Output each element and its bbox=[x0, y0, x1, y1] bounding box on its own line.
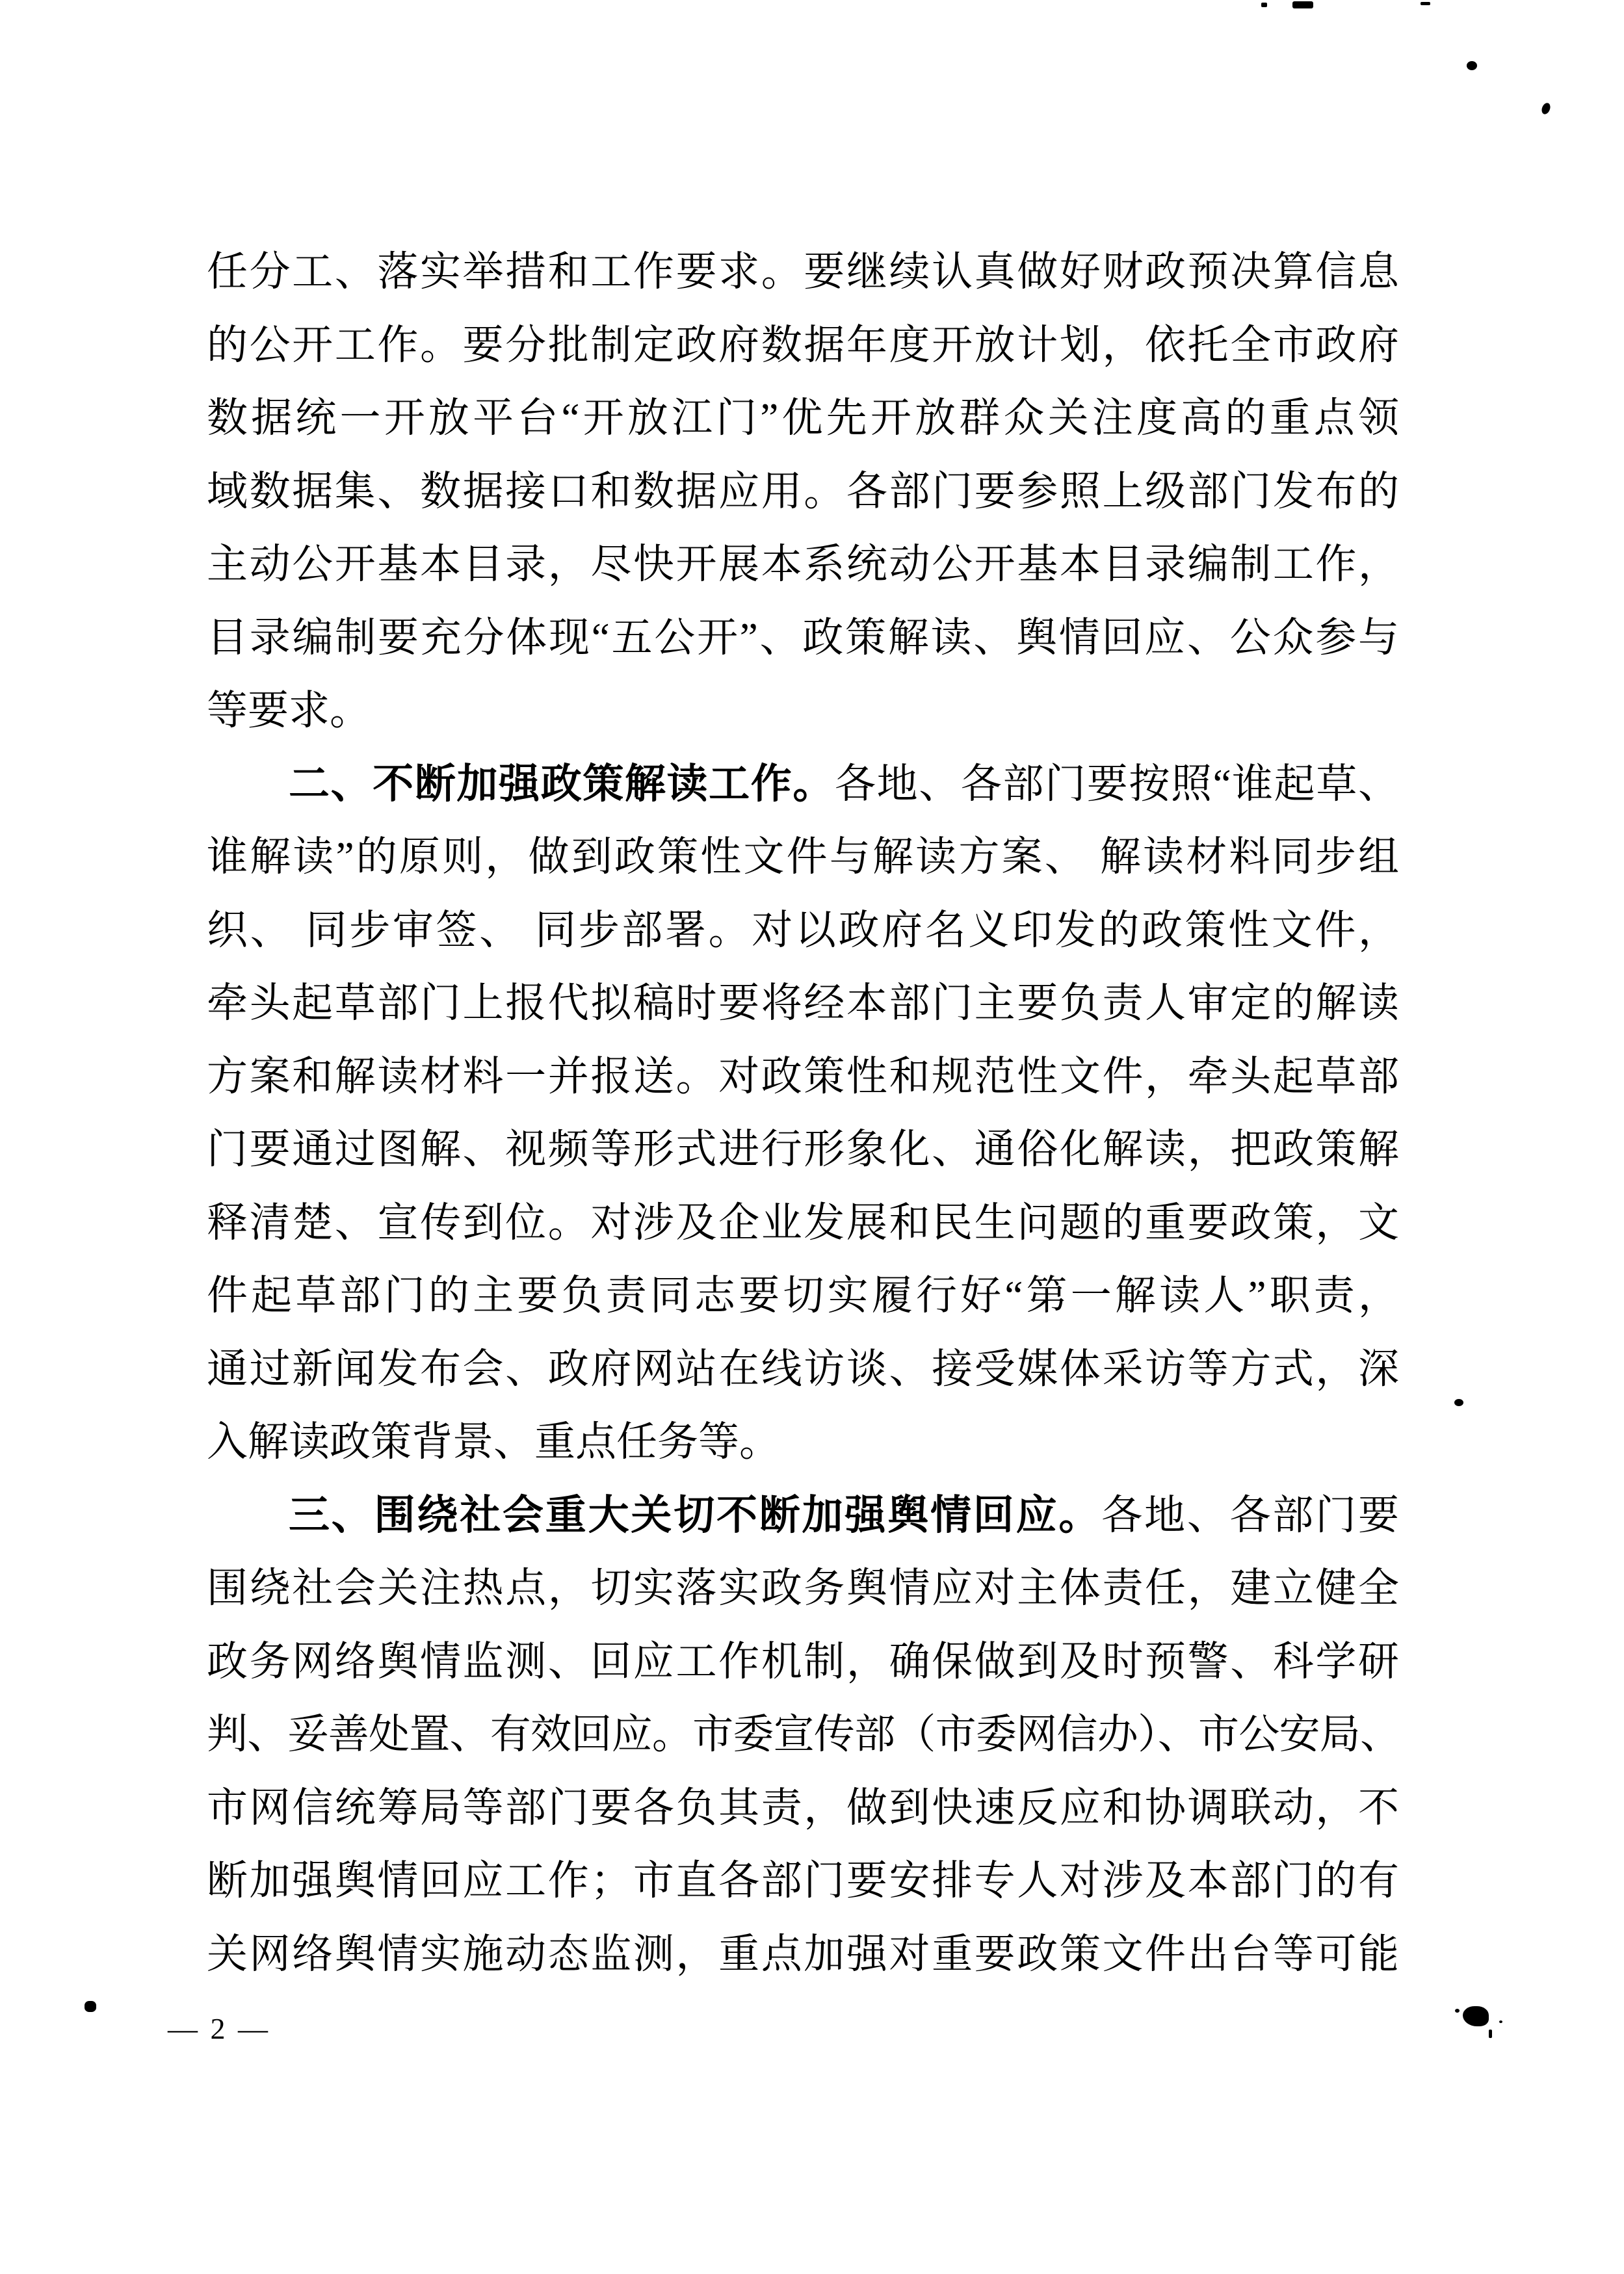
body-line-text: 释清楚、宣传到位。对涉及企业发展和民生问题的重要政策，文 bbox=[207, 1200, 1399, 1246]
scan-speck bbox=[1261, 3, 1267, 7]
body-line: 围绕社会关注热点，切实落实政务舆情应对主体责任，建立健全 bbox=[207, 1552, 1399, 1625]
body-line-text: 市网信统筹局等部门要各负其责，做到快速反应和协调联动，不 bbox=[207, 1785, 1399, 1831]
body-line: 入解读政策背景、重点任务等。 bbox=[207, 1405, 1399, 1479]
body-line-text: 织、 同步审签、 同步部署。对以政府名义印发的政策性文件， bbox=[207, 908, 1399, 953]
body-line-text: 方案和解读材料一并报送。对政策性和规范性文件，牵头起草部 bbox=[207, 1054, 1399, 1099]
body-line-text: 断加强舆情回应工作；市直各部门要安排专人对涉及本部门的有 bbox=[207, 1858, 1399, 1903]
body-line: 市网信统筹局等部门要各负其责，做到快速反应和协调联动，不 bbox=[207, 1771, 1399, 1845]
body-line: 判、妥善处置、有效回应。市委宣传部（市委网信办）、市公安局、 bbox=[207, 1698, 1399, 1771]
ink-blot bbox=[1463, 2006, 1489, 2026]
body-line: 目录编制要充分体现“五公开”、政策解读、舆情回应、公众参与 bbox=[207, 601, 1399, 675]
body-text-block: 任分工、落实举措和工作要求。要继续认真做好财政预决算信息 的公开工作。要分批制定… bbox=[207, 235, 1399, 1991]
body-line: 门要通过图解、视频等形式进行形象化、通俗化解读，把政策解 bbox=[207, 1113, 1399, 1186]
body-line: 牵头起草部门上报代拟稿时要将经本部门主要负责人审定的解读 bbox=[207, 967, 1399, 1040]
body-line: 政务网络舆情监测、回应工作机制，确保做到及时预警、科学研 bbox=[207, 1625, 1399, 1699]
body-line: 件起草部门的主要负责同志要切实履行好“第一解读人”职责， bbox=[207, 1259, 1399, 1333]
ink-dot bbox=[1467, 61, 1477, 70]
body-line-text: 谁解读”的原则，做到政策性文件与解读方案、 解读材料同步组 bbox=[207, 834, 1399, 880]
body-line: 谁解读”的原则，做到政策性文件与解读方案、 解读材料同步组 bbox=[207, 820, 1399, 894]
ink-dot bbox=[1454, 1399, 1463, 1406]
body-line-text: 各地、各部门要按照“谁起草、 bbox=[835, 761, 1399, 807]
body-line-text: 各地、各部门要 bbox=[1101, 1493, 1399, 1538]
body-line-text: 入解读政策背景、重点任务等。 bbox=[207, 1419, 780, 1465]
body-line-text: 政务网络舆情监测、回应工作机制，确保做到及时预警、科学研 bbox=[207, 1639, 1399, 1684]
body-line-text: 关网络舆情实施动态监测，重点加强对重要政策文件出台等可能 bbox=[207, 1931, 1399, 1977]
body-line: 方案和解读材料一并报送。对政策性和规范性文件，牵头起草部 bbox=[207, 1040, 1399, 1114]
body-line: 主动公开基本目录，尽快开展本系统动公开基本目录编制工作， bbox=[207, 528, 1399, 601]
body-line: 数据统一开放平台“开放江门”优先开放群众关注度高的重点领 bbox=[207, 382, 1399, 455]
body-line-text: 任分工、落实举措和工作要求。要继续认真做好财政预决算信息 bbox=[207, 249, 1399, 294]
section-2-line: 二、不断加强政策解读工作。各地、各部门要按照“谁起草、 bbox=[207, 748, 1399, 821]
body-line: 织、 同步审签、 同步部署。对以政府名义印发的政策性文件， bbox=[207, 894, 1399, 967]
section-2-heading: 二、不断加强政策解读工作。 bbox=[289, 761, 835, 807]
body-line-text: 围绕社会关注热点，切实落实政务舆情应对主体责任，建立健全 bbox=[207, 1565, 1399, 1611]
body-line: 任分工、落实举措和工作要求。要继续认真做好财政预决算信息 bbox=[207, 235, 1399, 309]
body-line-text: 等要求。 bbox=[207, 688, 371, 733]
ink-dot bbox=[1540, 101, 1552, 115]
body-line-text: 目录编制要充分体现“五公开”、政策解读、舆情回应、公众参与 bbox=[207, 615, 1399, 660]
section-3-heading: 三、围绕社会重大关切不断加强舆情回应。 bbox=[289, 1493, 1101, 1538]
page-number: — 2 — bbox=[168, 2011, 270, 2046]
ink-speck bbox=[1499, 2020, 1502, 2023]
body-line-text: 的公开工作。要分批制定政府数据年度开放计划，依托全市政府 bbox=[207, 322, 1399, 368]
section-3-line: 三、围绕社会重大关切不断加强舆情回应。各地、各部门要 bbox=[207, 1479, 1399, 1552]
body-line: 等要求。 bbox=[207, 674, 1399, 748]
ink-blot bbox=[85, 2001, 96, 2012]
ink-speck bbox=[1455, 2009, 1460, 2013]
scan-speck bbox=[1292, 1, 1313, 8]
body-line-text: 域数据集、数据接口和数据应用。各部门要参照上级部门发布的 bbox=[207, 469, 1399, 514]
body-line: 释清楚、宣传到位。对涉及企业发展和民生问题的重要政策，文 bbox=[207, 1186, 1399, 1260]
body-line-text: 通过新闻发布会、政府网站在线访谈、接受媒体采访等方式，深 bbox=[207, 1346, 1399, 1392]
scan-speck bbox=[1421, 2, 1430, 5]
body-line: 关网络舆情实施动态监测，重点加强对重要政策文件出台等可能 bbox=[207, 1918, 1399, 1991]
body-line-text: 数据统一开放平台“开放江门”优先开放群众关注度高的重点领 bbox=[207, 395, 1399, 441]
body-line-text: 判、妥善处置、有效回应。市委宣传部（市委网信办）、市公安局、 bbox=[207, 1712, 1399, 1757]
document-page: 任分工、落实举措和工作要求。要继续认真做好财政预决算信息 的公开工作。要分批制定… bbox=[0, 0, 1624, 2274]
body-line: 断加强舆情回应工作；市直各部门要安排专人对涉及本部门的有 bbox=[207, 1844, 1399, 1918]
body-line: 通过新闻发布会、政府网站在线访谈、接受媒体采访等方式，深 bbox=[207, 1333, 1399, 1406]
body-line: 域数据集、数据接口和数据应用。各部门要参照上级部门发布的 bbox=[207, 455, 1399, 529]
body-line-text: 牵头起草部门上报代拟稿时要将经本部门主要负责人审定的解读 bbox=[207, 980, 1399, 1026]
body-line-text: 门要通过图解、视频等形式进行形象化、通俗化解读，把政策解 bbox=[207, 1127, 1399, 1172]
body-line-text: 件起草部门的主要负责同志要切实履行好“第一解读人”职责， bbox=[207, 1273, 1399, 1318]
body-line-text: 主动公开基本目录，尽快开展本系统动公开基本目录编制工作， bbox=[207, 542, 1399, 587]
body-line: 的公开工作。要分批制定政府数据年度开放计划，依托全市政府 bbox=[207, 309, 1399, 382]
ink-speck bbox=[1489, 2030, 1492, 2038]
